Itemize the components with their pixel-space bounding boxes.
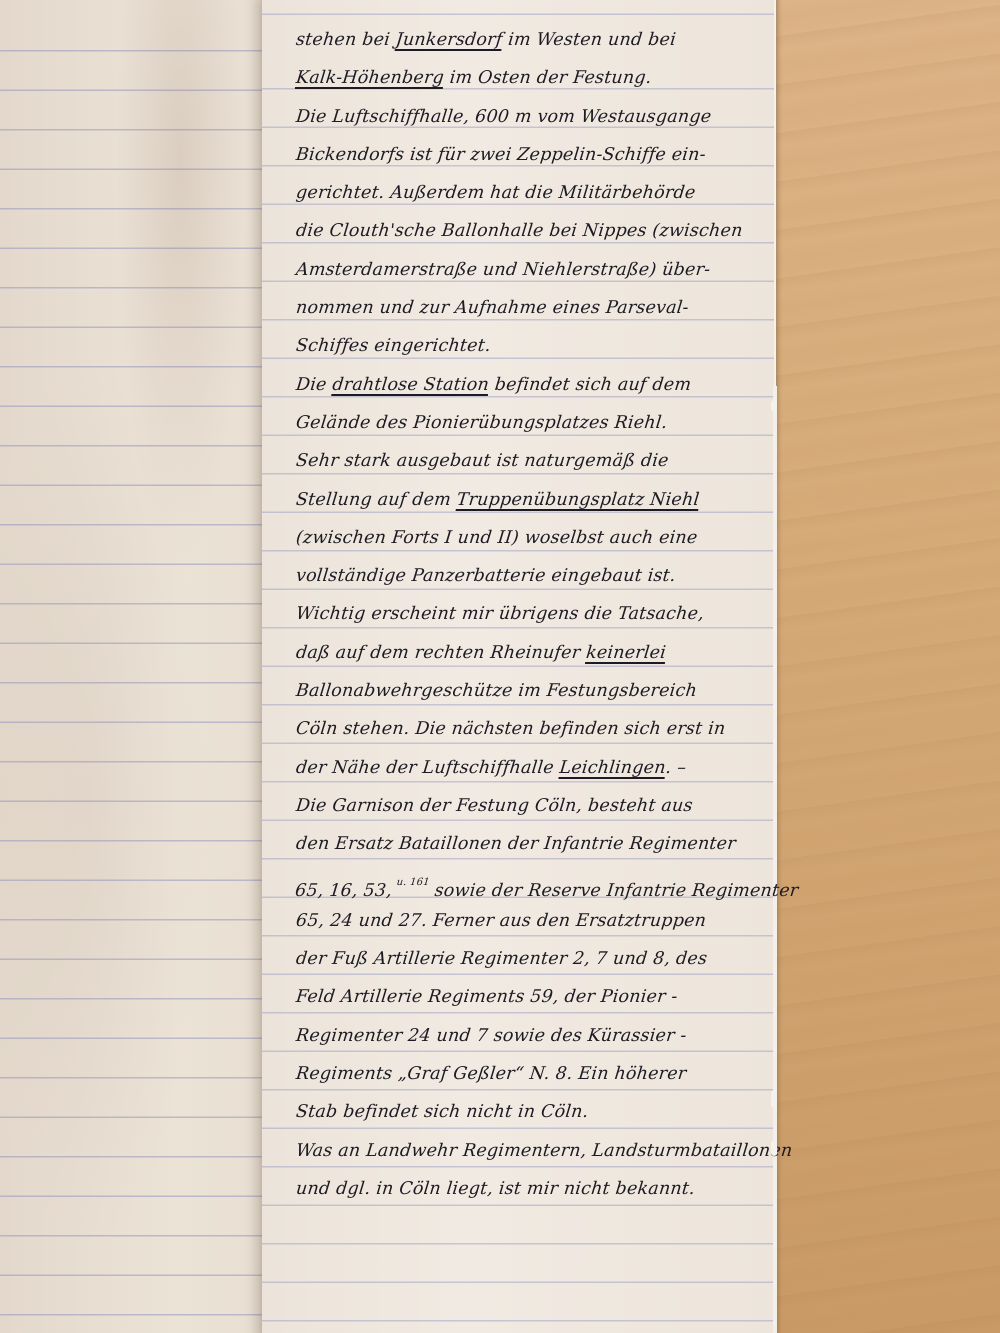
- text-segment: die Clouth'sche Ballonhalle bei Nippes (…: [295, 221, 744, 241]
- handwritten-line: der Fuß Artillerie Regimenter 2, 7 und 8…: [294, 940, 778, 978]
- text-segment: der Fuß Artillerie Regimenter 2, 7 und 8…: [295, 949, 708, 969]
- text-segment: Regiments „Graf Geßler“ N. 8. Ein höhere…: [295, 1064, 687, 1084]
- handwritten-line: Stellung auf dem Truppenübungsplatz Nieh…: [294, 481, 778, 519]
- text-segment: . –: [665, 758, 688, 778]
- text-segment: 65, 24 und 27. Ferner aus den Ersatztrup…: [295, 911, 707, 931]
- text-segment: 65, 16, 53,: [294, 881, 399, 901]
- handwritten-line: 65, 24 und 27. Ferner aus den Ersatztrup…: [294, 902, 778, 940]
- text-segment: stehen bei: [295, 30, 397, 50]
- text-segment: Feld Artillerie Regiments 59, der Pionie…: [295, 987, 679, 1007]
- handwritten-line: Gelände des Pionierübungsplatzes Riehl.: [294, 404, 778, 442]
- text-segment: vollständige Panzerbatterie eingebaut is…: [295, 566, 677, 586]
- text-segment: Die: [295, 375, 333, 395]
- text-segment: befindet sich auf dem: [488, 375, 692, 395]
- text-segment: Regimenter 24 und 7 sowie des Kürassier …: [295, 1026, 688, 1046]
- underlined-phrase: drahtlose Station: [331, 375, 490, 395]
- handwritten-page: stehen bei Junkersdorf im Westen und bei…: [262, 0, 776, 1333]
- handwritten-line: Die Garnison der Festung Cöln, besteht a…: [294, 787, 778, 825]
- text-segment: den Ersatz Bataillonen der Infantrie Reg…: [295, 834, 737, 854]
- underlined-phrase: keinerlei: [585, 643, 667, 663]
- text-segment: sowie der Reserve Infantrie Regimenter: [428, 881, 800, 901]
- handwritten-line: Cöln stehen. Die nächsten befinden sich …: [294, 710, 778, 748]
- handwritten-line: Kalk-Höhenberg im Osten der Festung.: [294, 59, 778, 97]
- underlying-ruled-page: [0, 0, 300, 1333]
- text-segment: gerichtet. Außerdem hat die Militärbehör…: [295, 183, 697, 203]
- handwritten-line: Sehr stark ausgebaut ist naturgemäß die: [294, 442, 778, 480]
- handwritten-text-block: stehen bei Junkersdorf im Westen und bei…: [296, 21, 776, 1208]
- text-segment: Was an Landwehr Regimentern, Landsturmba…: [295, 1141, 793, 1161]
- text-segment: Ballonabwehrgeschütze im Festungsbereich: [295, 681, 698, 701]
- handwritten-line: nommen und zur Aufnahme eines Parseval-: [294, 289, 778, 327]
- text-segment: (zwischen Forts I und II) woselbst auch …: [295, 528, 699, 548]
- underlined-phrase: Junkersdorf: [395, 30, 504, 50]
- text-segment: Schiffes eingerichtet.: [295, 336, 492, 356]
- text-segment: der Nähe der Luftschiffhalle: [295, 758, 561, 778]
- underlined-phrase: Truppenübungsplatz Niehl: [456, 490, 701, 510]
- handwritten-line: den Ersatz Bataillonen der Infantrie Reg…: [294, 825, 778, 863]
- handwritten-line: der Nähe der Luftschiffhalle Leichlingen…: [294, 749, 778, 787]
- handwritten-line: Was an Landwehr Regimentern, Landsturmba…: [294, 1132, 778, 1170]
- text-segment: Cöln stehen. Die nächsten befinden sich …: [295, 719, 726, 739]
- handwritten-line: und dgl. in Cöln liegt, ist mir nicht be…: [294, 1170, 778, 1208]
- text-segment: daß auf dem rechten Rheinufer: [295, 643, 587, 663]
- text-segment: Amsterdamerstraße und Niehlerstraße) übe…: [295, 260, 711, 280]
- handwritten-line: Ballonabwehrgeschütze im Festungsbereich: [294, 672, 778, 710]
- handwritten-line: Regiments „Graf Geßler“ N. 8. Ein höhere…: [294, 1055, 778, 1093]
- inserted-annotation: u. 161: [396, 877, 430, 888]
- handwritten-line: Regimenter 24 und 7 sowie des Kürassier …: [294, 1017, 778, 1055]
- text-segment: und dgl. in Cöln liegt, ist mir nicht be…: [295, 1179, 696, 1199]
- handwritten-line: daß auf dem rechten Rheinufer keinerlei: [294, 634, 778, 672]
- handwritten-line: 65, 16, 53, u. 161 sowie der Reserve Inf…: [294, 864, 778, 902]
- handwritten-line: Feld Artillerie Regiments 59, der Pionie…: [294, 978, 778, 1016]
- handwritten-line: Die Luftschiffhalle, 600 m vom Westausga…: [294, 98, 778, 136]
- handwritten-line: Wichtig erscheint mir übrigens die Tatsa…: [294, 595, 778, 633]
- handwritten-line: Schiffes eingerichtet.: [294, 327, 778, 365]
- text-segment: Stab befindet sich nicht in Cöln.: [295, 1102, 590, 1122]
- handwritten-line: stehen bei Junkersdorf im Westen und bei: [294, 21, 778, 59]
- underlined-phrase: Leichlingen: [559, 758, 667, 778]
- text-segment: im Osten der Festung.: [443, 68, 653, 88]
- text-segment: Stellung auf dem: [295, 490, 458, 510]
- handwritten-line: vollständige Panzerbatterie eingebaut is…: [294, 557, 778, 595]
- text-segment: Bickendorfs ist für zwei Zeppelin-Schiff…: [295, 145, 707, 165]
- handwritten-line: Bickendorfs ist für zwei Zeppelin-Schiff…: [294, 136, 778, 174]
- handwritten-line: Die drahtlose Station befindet sich auf …: [294, 366, 778, 404]
- torn-page-edge: [771, 400, 779, 1333]
- text-segment: Gelände des Pionierübungsplatzes Riehl.: [295, 413, 668, 433]
- handwritten-line: Stab befindet sich nicht in Cöln.: [294, 1093, 778, 1131]
- text-segment: Sehr stark ausgebaut ist naturgemäß die: [295, 451, 670, 471]
- handwritten-line: (zwischen Forts I und II) woselbst auch …: [294, 519, 778, 557]
- handwritten-line: die Clouth'sche Ballonhalle bei Nippes (…: [294, 212, 778, 250]
- handwritten-line: gerichtet. Außerdem hat die Militärbehör…: [294, 174, 778, 212]
- text-segment: Wichtig erscheint mir übrigens die Tatsa…: [295, 604, 705, 624]
- text-segment: Die Garnison der Festung Cöln, besteht a…: [295, 796, 694, 816]
- underlined-phrase: Kalk-Höhenberg: [295, 68, 445, 88]
- text-segment: im Westen und bei: [501, 30, 677, 50]
- text-segment: Die Luftschiffhalle, 600 m vom Westausga…: [295, 107, 712, 127]
- text-segment: nommen und zur Aufnahme eines Parseval-: [295, 298, 690, 318]
- handwritten-line: Amsterdamerstraße und Niehlerstraße) übe…: [294, 251, 778, 289]
